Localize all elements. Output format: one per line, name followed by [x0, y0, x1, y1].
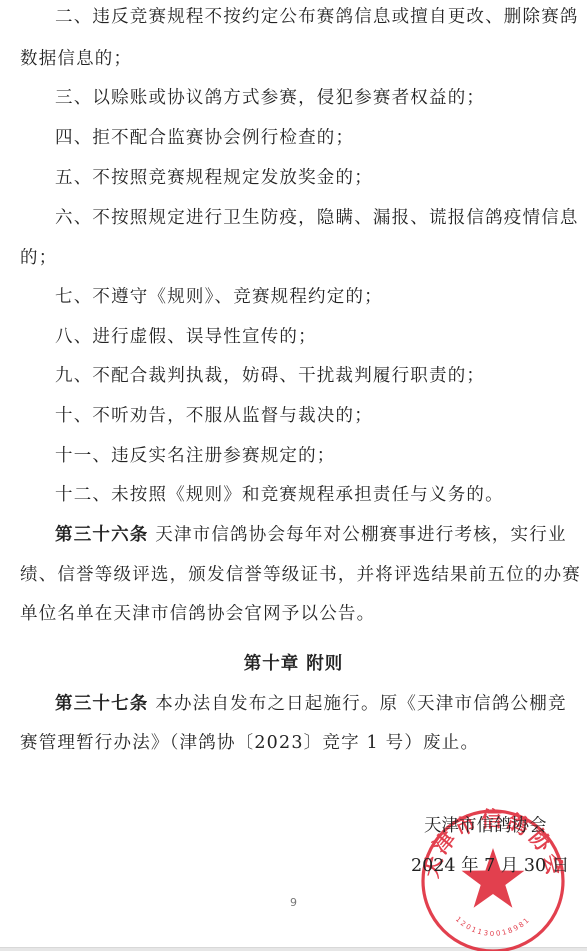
item-6-line-2: 的；	[20, 247, 57, 269]
item-6-line-1: 六、不按照规定进行卫生防疫，隐瞒、漏报、谎报信鸽疫情信息	[55, 207, 579, 229]
document-page: 二、违反竞赛规程不按约定公布赛鸽信息或擅自更改、删除赛鸽 数据信息的； 三、以赊…	[0, 0, 587, 947]
signature-date: 2024 年 7 月 30 日	[411, 855, 569, 877]
article-37-text-1: 本办法自发布之日起施行。原《天津市信鸽公棚竞	[149, 694, 567, 714]
chapter-heading: 第十章 附则	[0, 653, 587, 675]
signature-organization: 天津市信鸽协会	[424, 815, 547, 837]
item-10: 十、不听劝告，不服从监督与裁决的；	[55, 405, 373, 427]
article-36-line-2: 绩、信誉等级评选，颁发信誉等级证书，并将评选结果前五位的办赛	[20, 564, 581, 586]
svg-text:1201130018981: 1201130018981	[454, 915, 532, 937]
article-36-line-1: 第三十六条 天津市信鸽协会每年对公棚赛事进行考核，实行业	[55, 524, 567, 546]
item-3: 三、以赊账或协议鸽方式参赛，侵犯参赛者权益的；	[55, 87, 485, 109]
article-37-label: 第三十七条	[55, 694, 149, 714]
item-7: 七、不遵守《规则》、竞赛规程约定的；	[55, 286, 383, 308]
item-11: 十一、违反实名注册参赛规定的；	[55, 445, 336, 467]
item-2-line-1: 二、违反竞赛规程不按约定公布赛鸽信息或擅自更改、删除赛鸽	[55, 6, 579, 28]
article-36-label: 第三十六条	[55, 525, 149, 545]
article-36-text-1: 天津市信鸽协会每年对公棚赛事进行考核，实行业	[149, 525, 567, 545]
item-4: 四、拒不配合监赛协会例行检查的；	[55, 127, 354, 149]
item-9: 九、不配合裁判执裁，妨碍、干扰裁判履行职责的；	[55, 365, 485, 387]
item-2-line-2: 数据信息的；	[20, 48, 132, 70]
item-12: 十二、未按照《规则》和竞赛规程承担责任与义务的。	[55, 484, 504, 506]
item-8: 八、进行虚假、误导性宣传的；	[55, 326, 317, 348]
article-37-line-2: 赛管理暂行办法》（津鸽协〔2023〕竞字 1 号）废止。	[20, 732, 479, 754]
article-37-line-1: 第三十七条 本办法自发布之日起施行。原《天津市信鸽公棚竞	[55, 693, 567, 715]
item-5: 五、不按照竞赛规程规定发放奖金的；	[55, 167, 373, 189]
article-36-line-3: 单位名单在天津市信鸽协会官网予以公告。	[20, 603, 375, 625]
